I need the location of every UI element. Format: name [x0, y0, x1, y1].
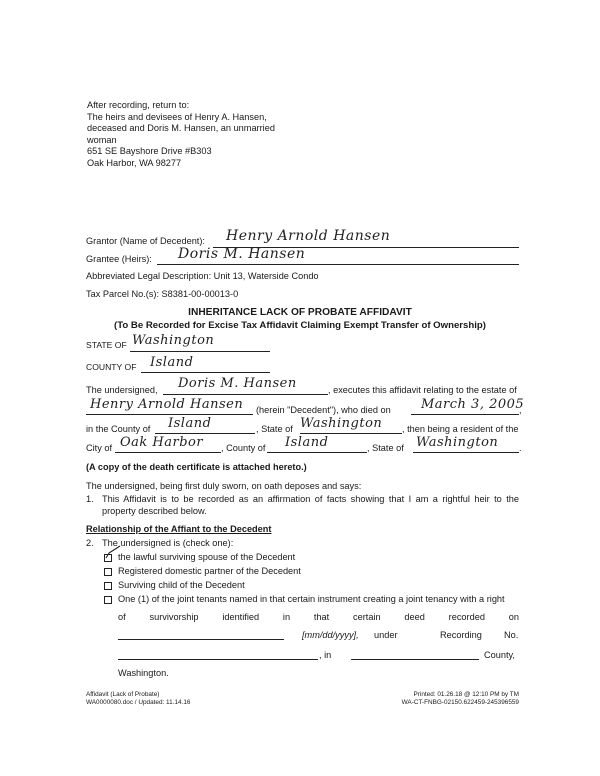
- res-county-value[interactable]: Island: [285, 435, 328, 450]
- checkbox-surviving-child[interactable]: [104, 582, 112, 590]
- undersigned-line: [163, 394, 328, 395]
- return-line: deceased and Doris M. Hansen, an unmarri…: [87, 123, 275, 135]
- return-line: 651 SE Bayshore Drive #B303: [87, 146, 275, 158]
- death-county-value[interactable]: Island: [168, 416, 211, 431]
- recorded-date-line[interactable]: [118, 639, 284, 640]
- undersigned-value[interactable]: Doris M. Hansen: [178, 376, 297, 391]
- death-state-value[interactable]: Washington: [300, 416, 382, 431]
- grantee-label: Grantee (Heirs):: [86, 254, 152, 264]
- death-county-line: [155, 433, 255, 434]
- word: of: [118, 612, 126, 622]
- res-state-line: [413, 452, 519, 453]
- item2-number: 2.: [86, 538, 94, 548]
- in-text: , in: [319, 650, 331, 660]
- recording-number-line[interactable]: [118, 659, 318, 660]
- res-county-line: [267, 452, 367, 453]
- footer-form-name: Affidavit (Lack of Probate): [86, 691, 190, 699]
- washington-text: Washington.: [118, 668, 169, 678]
- county-label: COUNTY OF: [86, 362, 136, 372]
- state-of-label-2: , State of: [367, 443, 404, 453]
- executes-text: , executes this affidavit relating to th…: [328, 385, 517, 395]
- county-text: County,: [484, 650, 515, 660]
- return-line: After recording, return to:: [87, 100, 275, 112]
- county-of-label: , County of: [221, 443, 265, 453]
- death-date-value[interactable]: March 3, 2005: [421, 397, 524, 412]
- undersigned-label: The undersigned,: [86, 385, 158, 395]
- in-county-label: in the County of: [86, 424, 150, 434]
- state-of-label: , State of: [256, 424, 293, 434]
- sworn-text: The undersigned, being first duly sworn,…: [86, 481, 361, 491]
- county-value[interactable]: Island: [150, 355, 193, 370]
- decedent-value[interactable]: Henry Arnold Hansen: [90, 397, 243, 412]
- under-text: under: [374, 630, 398, 640]
- state-label: STATE OF: [86, 340, 127, 350]
- word: deed: [404, 612, 424, 622]
- res-city-line: [115, 452, 221, 453]
- word: recorded: [449, 612, 485, 622]
- word: identified: [222, 612, 259, 622]
- return-address-block: After recording, return to: The heirs an…: [87, 100, 275, 170]
- return-line: woman: [87, 135, 275, 147]
- relationship-heading: Relationship of the Affiant to the Deced…: [86, 524, 271, 534]
- item1-line2: property described below.: [102, 506, 207, 516]
- footer-left: Affidavit (Lack of Probate) WA0000080.do…: [86, 691, 190, 706]
- grantee-value[interactable]: Doris M. Hansen: [178, 246, 305, 262]
- option-spouse-label: the lawful surviving spouse of the Deced…: [118, 552, 295, 562]
- comma: ,: [519, 405, 522, 415]
- death-date-line: [411, 414, 519, 415]
- res-city-value[interactable]: Oak Harbor: [120, 435, 203, 450]
- footer-right: Printed: 01.26.18 @ 12:10 PM by TM WA-CT…: [380, 691, 519, 706]
- date-hint: [mm/dd/yyyy],: [302, 630, 359, 640]
- return-line: The heirs and devisees of Henry A. Hanse…: [87, 112, 275, 124]
- option-surviving-child-label: Surviving child of the Decedent: [118, 580, 245, 590]
- word: survivorship: [149, 612, 198, 622]
- grantee-line: [157, 264, 519, 265]
- option-domestic-partner-label: Registered domestic partner of the Deced…: [118, 566, 301, 576]
- return-line: Oak Harbor, WA 98277: [87, 158, 275, 170]
- joint-tenancy-line: of survivorship identified in that certa…: [118, 612, 519, 622]
- county-line: [141, 372, 270, 373]
- item1-number: 1.: [86, 494, 94, 504]
- death-state-line: [300, 433, 402, 434]
- grantor-label: Grantor (Name of Decedent):: [86, 236, 205, 246]
- option-joint-tenant-label: One (1) of the joint tenants named in th…: [118, 594, 505, 604]
- grantor-value[interactable]: Henry Arnold Hansen: [226, 228, 390, 244]
- item1-line1: This Affidavit is to be recorded as an a…: [102, 494, 519, 504]
- state-line: [130, 351, 270, 352]
- state-value[interactable]: Washington: [132, 333, 214, 348]
- checkbox-domestic-partner[interactable]: [104, 568, 112, 576]
- period: .: [519, 443, 522, 453]
- res-state-value[interactable]: Washington: [416, 435, 498, 450]
- word: certain: [353, 612, 381, 622]
- death-cert-note: (A copy of the death certificate is atta…: [86, 462, 307, 472]
- herein-text: (herein "Decedent"), who died on: [256, 405, 391, 415]
- document-subtitle: (To Be Recorded for Excise Tax Affidavit…: [0, 320, 600, 331]
- footer-printed: Printed: 01.26.18 @ 12:10 PM by TM: [380, 691, 519, 699]
- tax-parcel: Tax Parcel No.(s): S8381-00-00013-0: [86, 289, 238, 299]
- city-label: City of: [86, 443, 112, 453]
- word: that: [314, 612, 329, 622]
- legal-description: Abbreviated Legal Description: Unit 13, …: [86, 271, 319, 281]
- decedent-line: [86, 414, 253, 415]
- recording-county-line[interactable]: [351, 659, 479, 660]
- footer-doc-id: WA-CT-FNBG-02150.622459-245396559: [380, 699, 519, 707]
- resident-text: , then being a resident of the: [402, 424, 518, 434]
- footer-doc-updated: WA0000080.doc / Updated: 11.14.16: [86, 699, 190, 707]
- no-text: No.: [504, 630, 518, 640]
- checkbox-joint-tenant[interactable]: [104, 596, 112, 604]
- document-title: INHERITANCE LACK OF PROBATE AFFIDAVIT: [0, 307, 600, 318]
- word: on: [509, 612, 519, 622]
- word: in: [283, 612, 290, 622]
- recording-text: Recording: [440, 630, 482, 640]
